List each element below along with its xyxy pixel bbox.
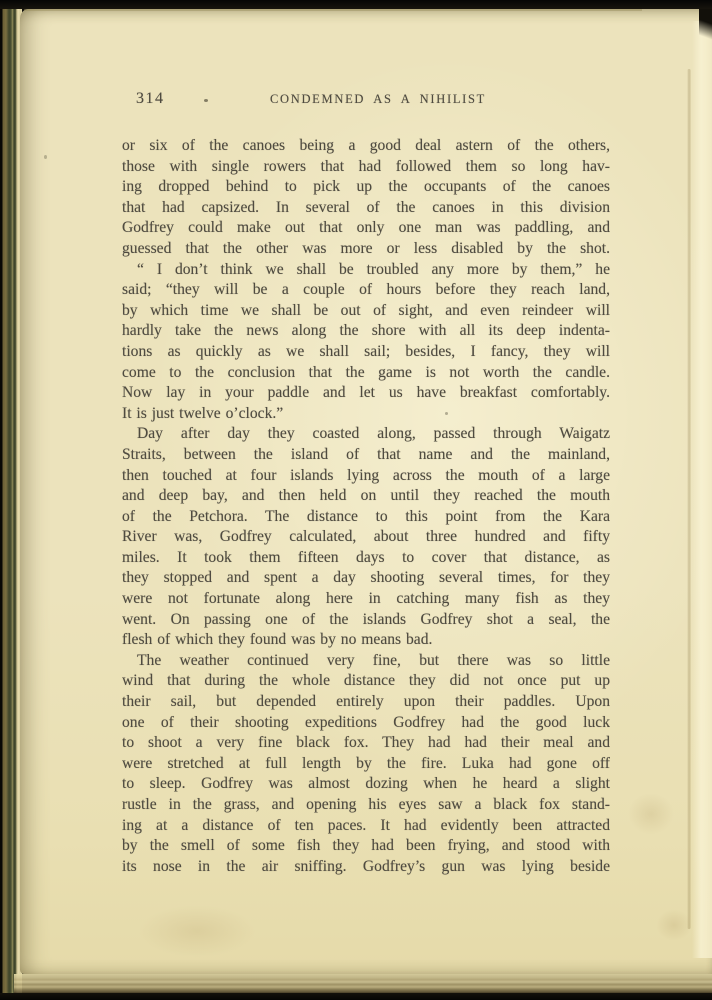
text-line: of the Petchora. The distance to this po… [122, 507, 610, 528]
paragraph: or six of the canoes being a good deal a… [122, 136, 610, 260]
text-line: It is just twelve o’clock.” [122, 404, 610, 425]
text-line: by which time we shall be out of sight, … [122, 301, 610, 322]
paper-speck [44, 155, 47, 159]
scan-border-bottom [0, 993, 712, 1000]
text-line: rustle in the grass, and opening his eye… [122, 795, 610, 816]
text-line: to sleep. Godfrey was almost dozing when… [122, 774, 610, 795]
text-line: ing dropped behind to pick up the occupa… [122, 177, 610, 198]
book-cover-edge [0, 0, 22, 1000]
text-line: its nose in the air sniffing. Godfrey’s … [122, 857, 610, 878]
text-line: said; “they will be a couple of hours be… [122, 280, 610, 301]
text-line: Godfrey could make out that only one man… [122, 218, 610, 239]
text-line: one of their shooting expeditions Godfre… [122, 713, 610, 734]
text-line: “ I don’t think we shall be troubled any… [122, 260, 610, 281]
text-line: were stretched at full length by the fir… [122, 754, 610, 775]
book-scan: 314 CONDEMNED AS A NIHILIST or six of th… [0, 0, 712, 1000]
text-line: guessed that the other was more or less … [122, 239, 610, 260]
text-line: River was, Godfrey calculated, about thr… [122, 527, 610, 548]
text-line: Day after day they coasted along, passed… [122, 424, 610, 445]
page-crease [687, 69, 691, 929]
text-line: Straits, between the island of that name… [122, 445, 610, 466]
paragraph: Day after day they coasted along, passed… [122, 424, 610, 651]
text-line: and deep bay, and then held on until the… [122, 486, 610, 507]
text-line: or six of the canoes being a good deal a… [122, 136, 610, 157]
text-line: that had capsized. In several of the can… [122, 198, 610, 219]
text-line: hardly take the news along the shore wit… [122, 321, 610, 342]
text-line: by the smell of some fish they had been … [122, 836, 610, 857]
text-line: to shoot a very fine black fox. They had… [122, 733, 610, 754]
text-line: those with single rowers that had follow… [122, 157, 610, 178]
cover-gold-line [24, 9, 642, 11]
page-surface: 314 CONDEMNED AS A NIHILIST or six of th… [20, 9, 712, 974]
paragraph: “ I don’t think we shall be troubled any… [122, 260, 610, 425]
text-line: The weather continued very fine, but the… [122, 651, 610, 672]
paragraph: The weather continued very fine, but the… [122, 651, 610, 878]
running-head: 314 CONDEMNED AS A NIHILIST [122, 90, 610, 110]
text-line: were not fortunate along here in catchin… [122, 589, 610, 610]
text-line: their sail, but depended entirely upon t… [122, 692, 610, 713]
text-line: tions as quickly as we shall sail; besid… [122, 342, 610, 363]
scan-border-top [0, 0, 712, 9]
page-stack-edges [14, 974, 712, 993]
text-line: come to the conclusion that the game is … [122, 363, 610, 384]
paper-stain [628, 793, 674, 835]
scan-corner-shadow [699, 9, 712, 51]
body-text: or six of the canoes being a good deal a… [122, 136, 610, 877]
running-head-title: CONDEMNED AS A NIHILIST [122, 92, 610, 107]
text-line: ing at a distance of ten paces. It had e… [122, 816, 610, 837]
text-line: they stopped and spent a day shooting se… [122, 568, 610, 589]
text-line: then touched at four islands lying acros… [122, 466, 610, 487]
text-line: went. On passing one of the islands Godf… [122, 610, 610, 631]
page-content: 314 CONDEMNED AS A NIHILIST or six of th… [122, 90, 610, 877]
text-line: flesh of which they found was by no mean… [122, 630, 610, 651]
text-line: Now lay in your paddle and let us have b… [122, 383, 610, 404]
page-fore-edge [692, 21, 712, 958]
text-line: wind that during the whole distance they… [122, 671, 610, 692]
text-line: miles. It took them fifteen days to cove… [122, 548, 610, 569]
paper-stain [138, 905, 256, 957]
